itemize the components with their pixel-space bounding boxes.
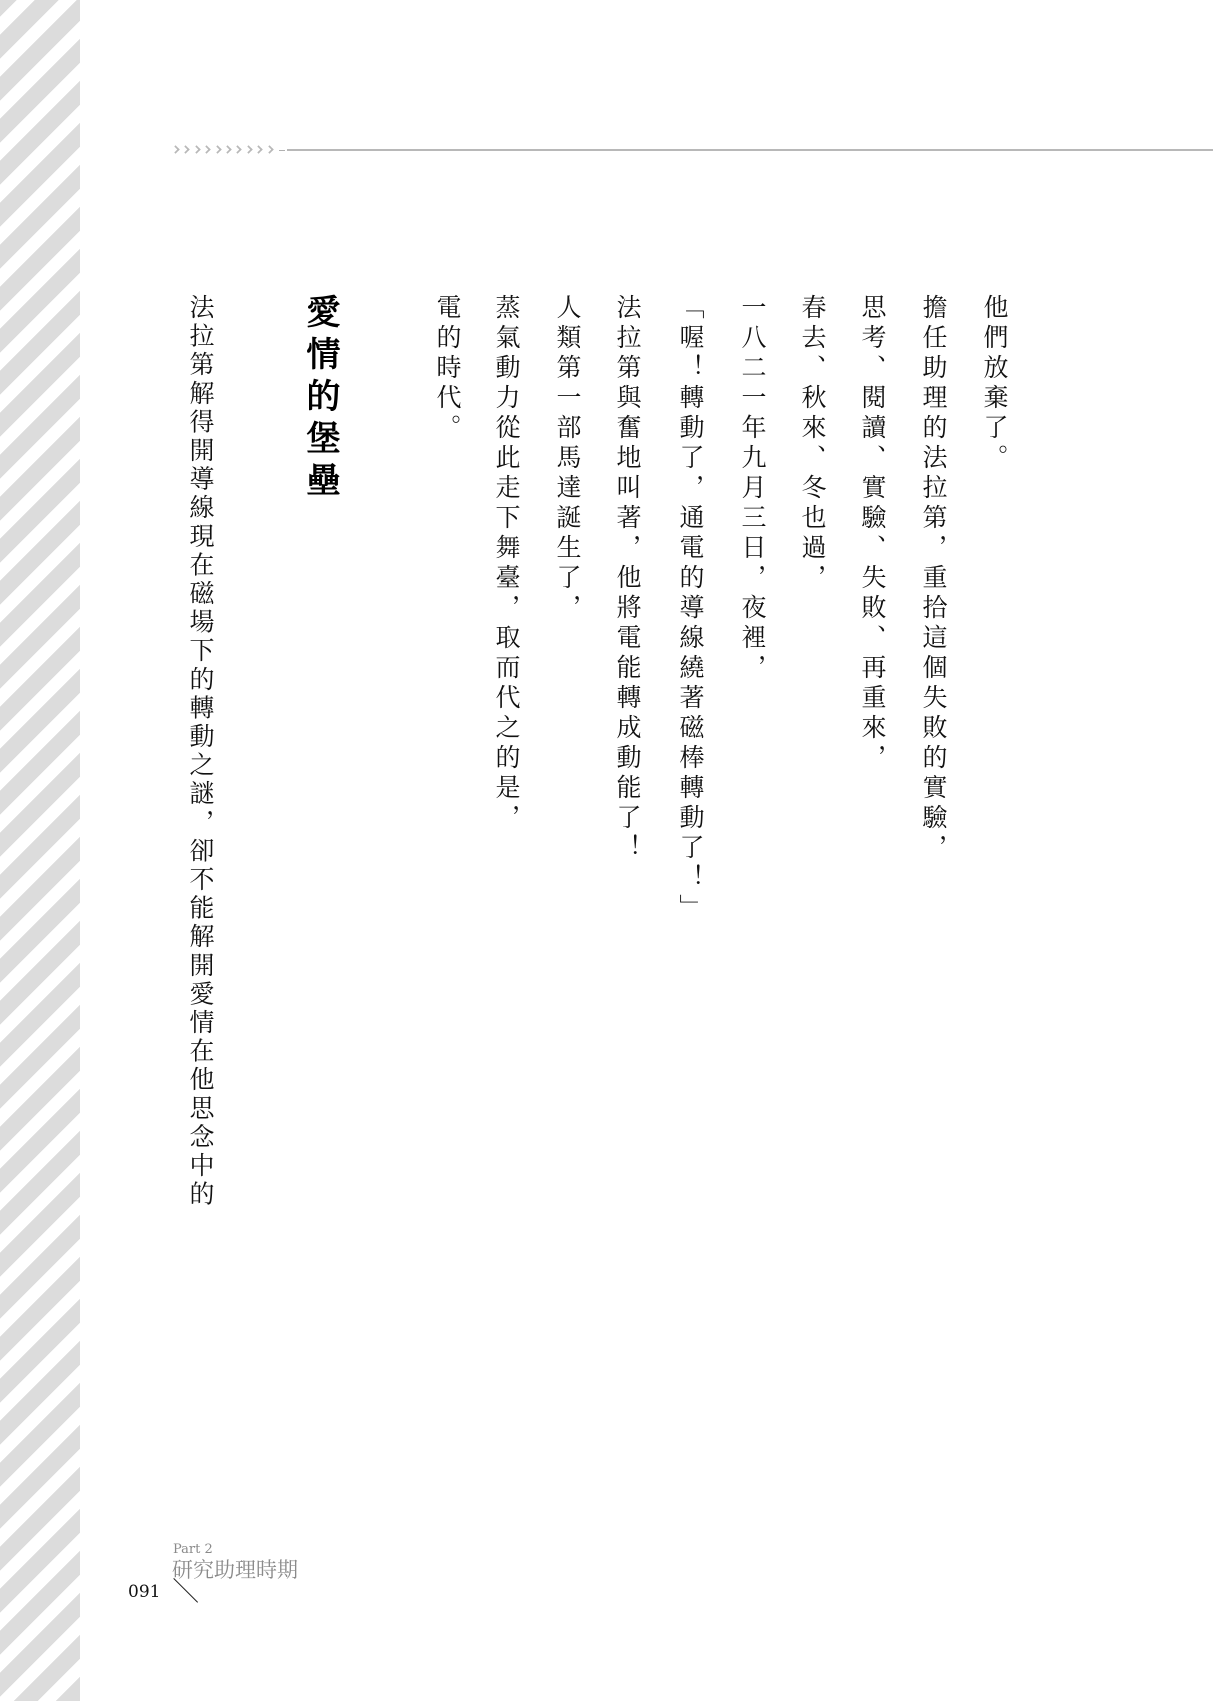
- chevron-right-icon: [255, 145, 262, 155]
- header-rule: [172, 142, 1213, 158]
- text-column-2: 擔任助理的法拉第，重拾這個失敗的實驗，: [917, 294, 949, 864]
- chevron-right-icon: [172, 145, 179, 155]
- text-column-10: 電的時代。: [431, 294, 463, 444]
- page-number: 091: [128, 1582, 160, 1602]
- section-title: 研究助理時期: [172, 1554, 298, 1584]
- section-heading: 愛情的堡壘: [300, 294, 340, 504]
- chevron-right-icon: [203, 145, 210, 155]
- text-column-1: 他們放棄了。: [978, 294, 1010, 474]
- text-column-9: 蒸氣動力從此走下舞臺，取而代之的是，: [490, 294, 522, 834]
- text-column-8: 人類第一部馬達誕生了，: [551, 294, 583, 624]
- chevron-right-icon: [245, 145, 252, 155]
- chevron-right-icon: [214, 145, 221, 155]
- decorative-stripes: [0, 0, 80, 1701]
- section-text-column-1: 法拉第解得開導線現在磁場下的轉動之謎，卻不能解開愛情在他思念中的: [184, 294, 216, 1209]
- chevron-right-icon: [234, 145, 241, 155]
- rule-dash: [279, 150, 285, 151]
- chevron-right-icon: [182, 145, 189, 155]
- text-column-7: 法拉第與奮地叫著，他將電能轉成動能了！: [611, 294, 643, 864]
- text-column-5: 一八二一年九月三日，夜裡，: [736, 294, 768, 684]
- text-column-3: 思考、閱讀、實驗、失敗、再重來，: [856, 294, 888, 774]
- text-column-6: 「喔！轉動了，通電的導線繞著磁棒轉動了！」: [674, 294, 706, 924]
- rule-line: [287, 149, 1213, 151]
- page-footer: Part 2 研究助理時期 091: [128, 1542, 348, 1632]
- chevron-right-icon: [266, 145, 273, 155]
- chevron-row: [172, 145, 273, 155]
- text-column-4: 春去、秋來、冬也過，: [796, 294, 828, 594]
- chevron-right-icon: [224, 145, 231, 155]
- chevron-right-icon: [193, 145, 200, 155]
